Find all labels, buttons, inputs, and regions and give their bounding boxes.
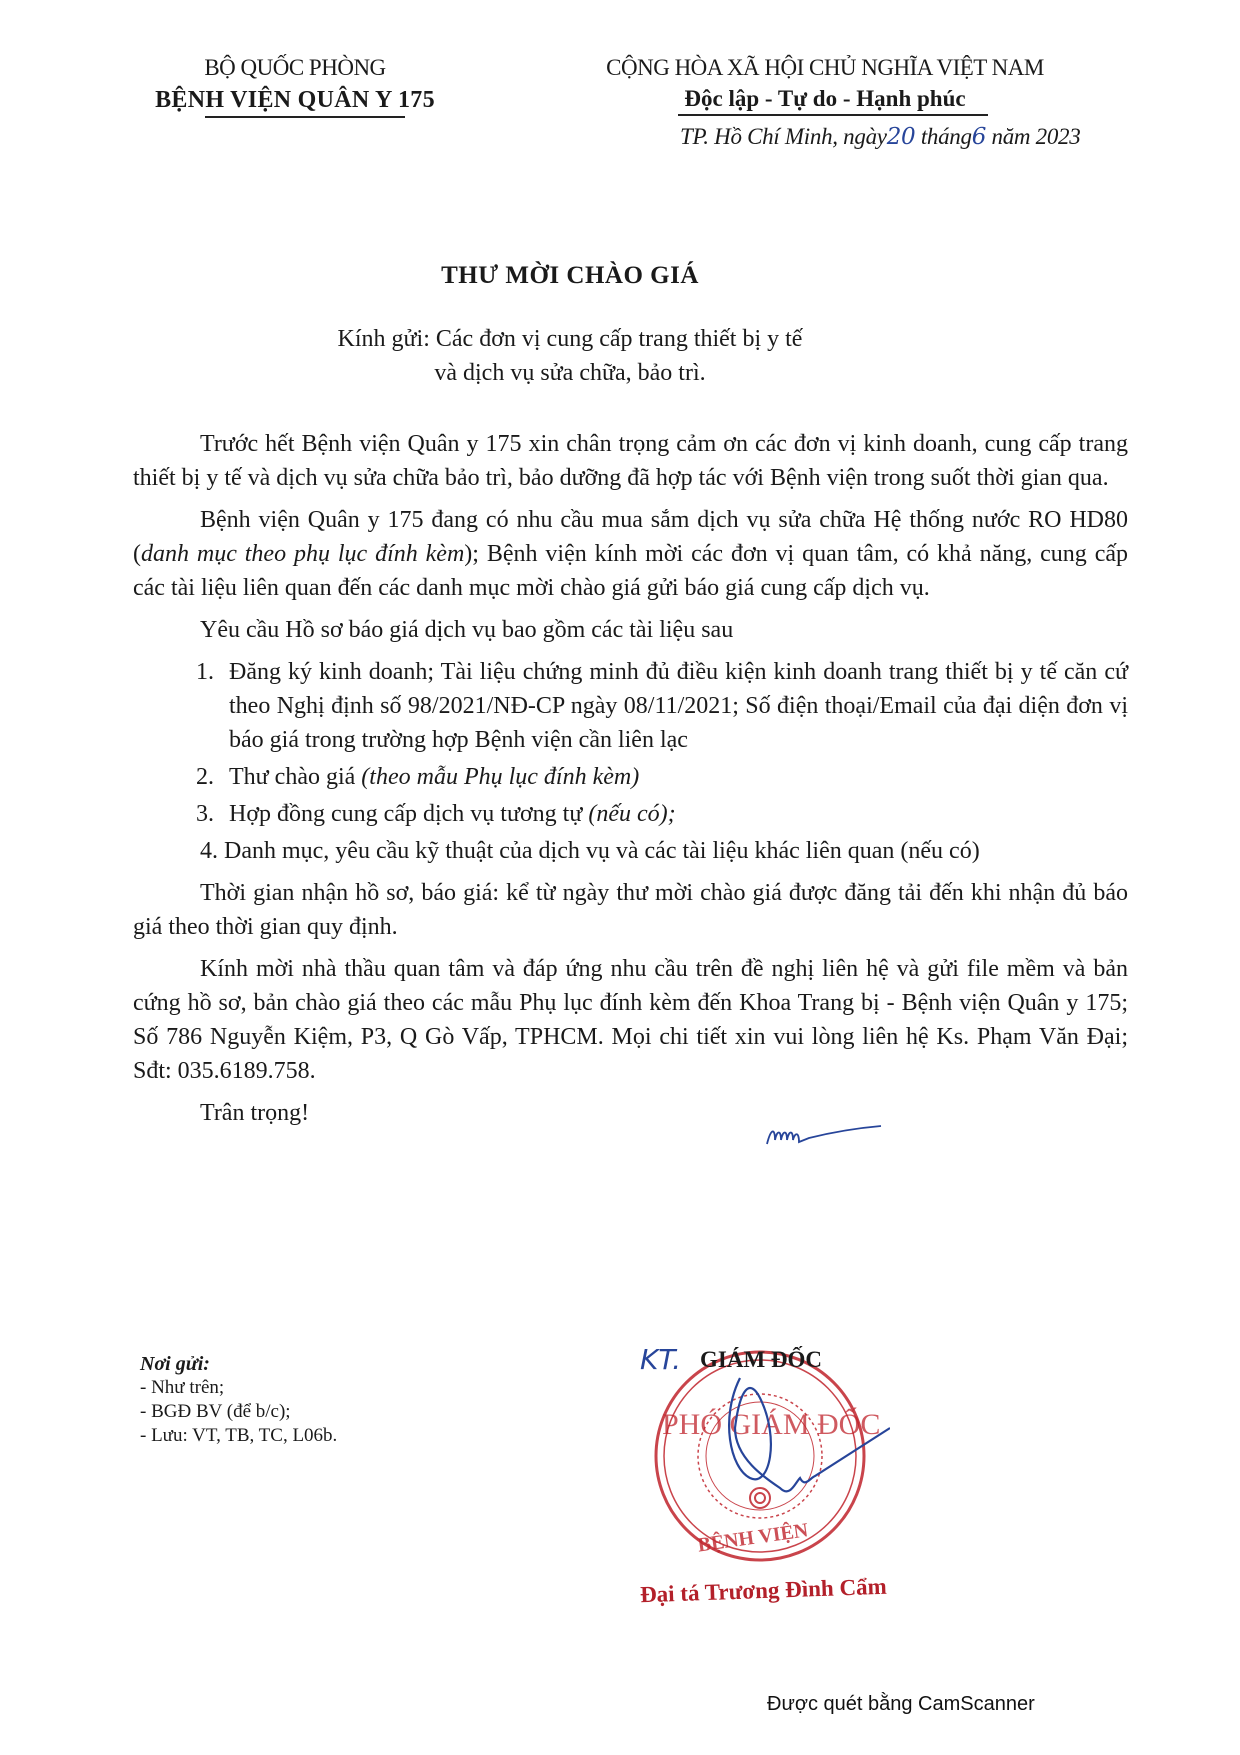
list-text: Hợp đồng cung cấp dịch vụ tương tự (229, 801, 588, 827)
header-left-divider (205, 116, 405, 118)
country-name: CỘNG HÒA XÃ HỘI CHỦ NGHĨA VIỆT NAM (560, 52, 1090, 84)
ministry-name: BỘ QUỐC PHÒNG (130, 52, 460, 84)
list-text-italic: (theo mẫu Phụ lục đính kèm) (361, 764, 639, 790)
recipient-line-1: Kính gửi: Các đơn vị cung cấp trang thiế… (0, 322, 1140, 356)
requirements-list: 1.Đăng ký kinh doanh; Tài liệu chứng min… (133, 655, 1128, 868)
header-right-divider (678, 114, 988, 116)
recipient-block: Kính gửi: Các đơn vị cung cấp trang thiế… (0, 322, 1140, 390)
list-text: Thư chào giá (229, 764, 361, 790)
list-number: 4. (200, 838, 218, 864)
date-prefix: TP. Hồ Chí Minh, ngày (680, 124, 887, 149)
organization-name: BỆNH VIỆN QUÂN Y 175 (130, 84, 460, 116)
recipients-block: Nơi gửi: - Như trên; - BGĐ BV (để b/c); … (140, 1352, 337, 1448)
paragraph-timeline: Thời gian nhận hồ sơ, báo giá: kể từ ngà… (133, 876, 1128, 944)
recipients-item: - BGĐ BV (để b/c); (140, 1400, 337, 1424)
header-national: CỘNG HÒA XÃ HỘI CHỦ NGHĨA VIỆT NAM Độc l… (560, 52, 1090, 120)
document-date: TP. Hồ Chí Minh, ngày20 tháng6 năm 2023 (680, 124, 1080, 150)
document-title: THƯ MỜI CHÀO GIÁ (0, 262, 1140, 290)
list-item: 4. Danh mục, yêu cầu kỹ thuật của dịch v… (133, 834, 1128, 868)
list-text-italic: (nếu có); (588, 801, 675, 827)
list-text: Danh mục, yêu cầu kỹ thuật của dịch vụ v… (224, 838, 980, 864)
header-organization: BỘ QUỐC PHÒNG BỆNH VIỆN QUÂN Y 175 (130, 52, 460, 118)
paragraph-invitation: Kính mời nhà thầu quan tâm và đáp ứng nh… (133, 952, 1128, 1088)
requirements-intro: Yêu cầu Hồ sơ báo giá dịch vụ bao gồm cá… (133, 613, 1128, 647)
date-month-label: tháng (921, 124, 972, 149)
closing: Trân trọng! (133, 1096, 1128, 1130)
list-number: 1. (196, 655, 214, 689)
list-item: 3.Hợp đồng cung cấp dịch vụ tương tự (nế… (133, 797, 1128, 831)
initial-signature-icon (763, 1120, 883, 1150)
list-text: Đăng ký kinh doanh; Tài liệu chứng minh … (229, 659, 1128, 753)
paragraph-need: Bệnh viện Quân y 175 đang có nhu cầu mua… (133, 503, 1128, 605)
date-year: năm 2023 (992, 124, 1081, 149)
signature-title: GIÁM ĐỐC (700, 1347, 822, 1373)
list-item: 2.Thư chào giá (theo mẫu Phụ lục đính kè… (133, 760, 1128, 794)
paragraph-need-italic: danh mục theo phụ lục đính kèm (141, 541, 464, 567)
scanner-watermark: Được quét bằng CamScanner (767, 1693, 1035, 1716)
svg-text:BỆNH VIỆN: BỆNH VIỆN (696, 1518, 810, 1556)
list-item: 1.Đăng ký kinh doanh; Tài liệu chứng min… (133, 655, 1128, 757)
recipients-item: - Như trên; (140, 1376, 337, 1400)
list-number: 2. (196, 760, 214, 794)
date-month-handwritten: 6 (972, 124, 986, 150)
kt-handwritten-mark: KT. (640, 1343, 681, 1376)
recipients-item: - Lưu: VT, TB, TC, L06b. (140, 1424, 337, 1448)
date-day-handwritten: 20 (887, 124, 916, 150)
paragraph-intro: Trước hết Bệnh viện Quân y 175 xin chân … (133, 427, 1128, 495)
national-motto: Độc lập - Tự do - Hạnh phúc (560, 84, 1090, 114)
signer-name: Đại tá Trương Đình Cẩm (640, 1574, 888, 1609)
document-body: Trước hết Bệnh viện Quân y 175 xin chân … (133, 427, 1128, 1138)
recipients-heading: Nơi gửi: (140, 1352, 337, 1376)
recipient-line-2: và dịch vụ sửa chữa, bảo trì. (0, 356, 1140, 390)
list-number: 3. (196, 797, 214, 831)
